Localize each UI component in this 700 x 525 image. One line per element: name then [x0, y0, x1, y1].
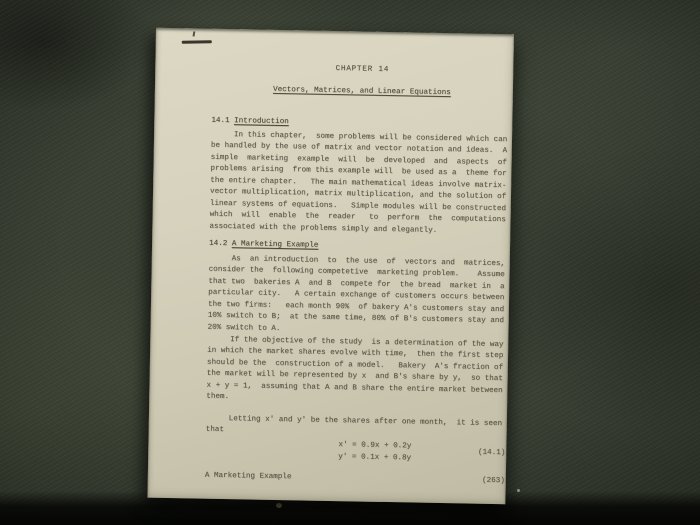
footer-running-title: A Marketing Example [205, 472, 292, 482]
paragraph-marketing-2: If the objective of the study is a deter… [206, 335, 503, 409]
page-title-text: Vectors, Matrices, and Linear Equations [273, 86, 451, 97]
page-footer: A Marketing Example (263) [205, 472, 505, 485]
paragraph-marketing-1: As an introduction to the use of vectors… [207, 254, 505, 340]
photo-scene: CHAPTER 14 Vectors, Matrices, and Linear… [0, 0, 700, 525]
document-page: CHAPTER 14 Vectors, Matrices, and Linear… [147, 28, 514, 504]
chapter-heading: CHAPTER 14 [212, 63, 512, 76]
pen-nick-mark [193, 31, 195, 36]
table-speck [276, 503, 282, 508]
staple-mark [182, 40, 212, 43]
section-heading-14-2: 14.2A Marketing Example [209, 240, 318, 250]
section-heading-14-1: 14.1Introduction [211, 117, 289, 126]
paper-corner-speck [517, 489, 520, 492]
section-title: Introduction [234, 117, 289, 126]
paragraph-intro: In this chapter, some problems will be c… [209, 130, 507, 238]
page-title: Vectors, Matrices, and Linear Equations [192, 84, 532, 98]
section-title: A Marketing Example [232, 240, 319, 250]
footer-page-number: (263) [482, 477, 505, 485]
paragraph-marketing-3: Letting x' and y' be the shares after on… [206, 414, 503, 442]
section-number: 14.1 [211, 117, 229, 125]
section-number: 14.2 [209, 240, 227, 248]
